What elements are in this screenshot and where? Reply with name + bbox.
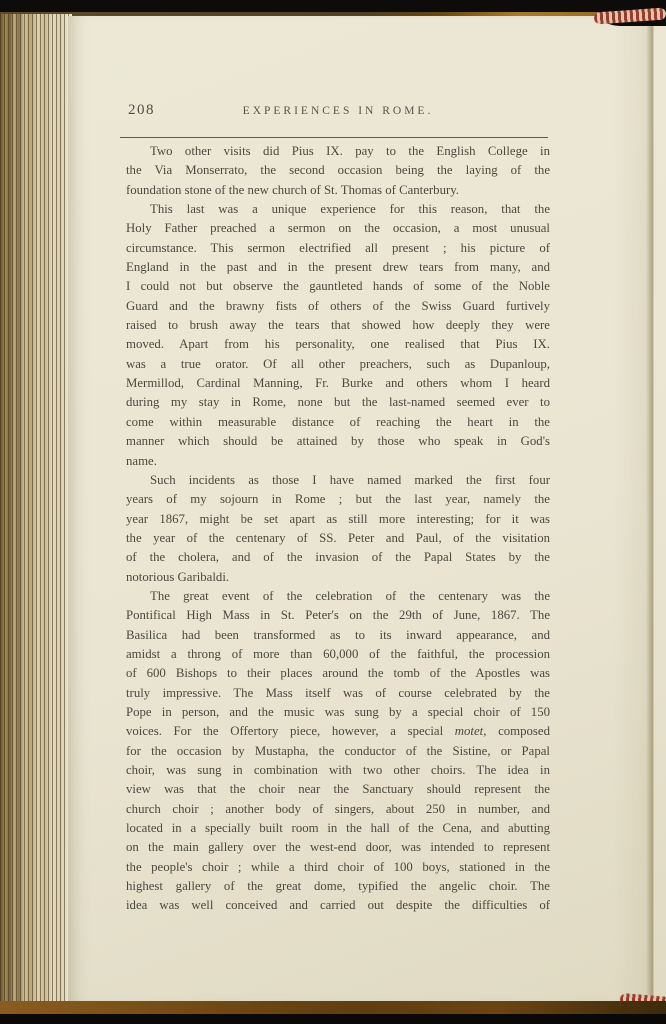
text-line: This last was a unique experience for th… [126, 200, 550, 219]
text-line: view was that the choir near the Sanctua… [126, 780, 550, 799]
text-line: for the occasion by Mustapha, the conduc… [126, 742, 550, 761]
text-line: notorious Garibaldi. [126, 568, 550, 587]
book-page: 208 EXPERIENCES IN ROME. Two other visit… [68, 16, 666, 1002]
text-line: the year of the centenary of SS. Peter a… [126, 529, 550, 548]
text-line: located in a specially built room in the… [126, 819, 550, 838]
text-line: was a true orator. Of all other preacher… [126, 355, 550, 374]
text-line: years of my sojourn in Rome ; but the la… [126, 490, 550, 509]
text-line: on the main gallery over the west-end do… [126, 838, 550, 857]
text-line: Such incidents as those I have named mar… [126, 471, 550, 490]
text-line: Two other visits did Pius IX. pay to the… [126, 142, 550, 161]
text-line: choir, was sung in combination with two … [126, 761, 550, 780]
text-line: amidst a throng of more than 60,000 of t… [126, 645, 550, 664]
running-title: EXPERIENCES IN ROME. [243, 105, 434, 117]
text-line: church choir ; another body of singers, … [126, 800, 550, 819]
text-line: of 600 Bishops to their places around th… [126, 664, 550, 683]
page-header: 208 EXPERIENCES IN ROME. [126, 102, 550, 122]
text-line: Pontifical High Mass in St. Peter's on t… [126, 606, 550, 625]
text-line: voices. For the Offertory piece, however… [126, 722, 550, 741]
text-line: The great event of the celebration of th… [126, 587, 550, 606]
page-number: 208 [128, 102, 155, 119]
text-line: name. [126, 452, 550, 471]
text-line: during my stay in Rome, none but the las… [126, 393, 550, 412]
text-line: England in the past and in the present d… [126, 258, 550, 277]
text-line: highest gallery of the great dome, typif… [126, 877, 550, 896]
body-text: Two other visits did Pius IX. pay to the… [126, 142, 550, 916]
header-rule [120, 137, 548, 138]
text-line: I could not but observe the gauntleted h… [126, 277, 550, 296]
text-line: manner which should be attained by those… [126, 432, 550, 451]
text-line: Guard and the brawny fists of others of … [126, 297, 550, 316]
text-line: Pope in person, and the music was sung b… [126, 703, 550, 722]
text-line: Mermillod, Cardinal Manning, Fr. Burke a… [126, 374, 550, 393]
text-line: the Via Monserrato, the second occasion … [126, 161, 550, 180]
page-edges-left [0, 14, 72, 1004]
text-line: Holy Father preached a sermon on the occ… [126, 219, 550, 238]
text-line: idea was well conceived and carried out … [126, 896, 550, 915]
text-line: moved. Apart from his personality, one r… [126, 335, 550, 354]
text-line: Basilica had been transformed as to its … [126, 626, 550, 645]
text-line: come within measurable distance of reach… [126, 413, 550, 432]
book-photo: 208 EXPERIENCES IN ROME. Two other visit… [0, 0, 666, 1024]
background-bottom [0, 1014, 666, 1024]
text-line: foundation stone of the new church of St… [126, 181, 550, 200]
text-line: truly impressive. The Mass itself was of… [126, 684, 550, 703]
text-line: of the cholera, and of the invasion of t… [126, 548, 550, 567]
text-line: circumstance. This sermon electrified al… [126, 239, 550, 258]
page-curve-shade [613, 16, 653, 1002]
text-line: the people's choir ; while a third choir… [126, 858, 550, 877]
text-line: year 1867, might be set apart as still m… [126, 510, 550, 529]
text-line: raised to brush away the tears that show… [126, 316, 550, 335]
